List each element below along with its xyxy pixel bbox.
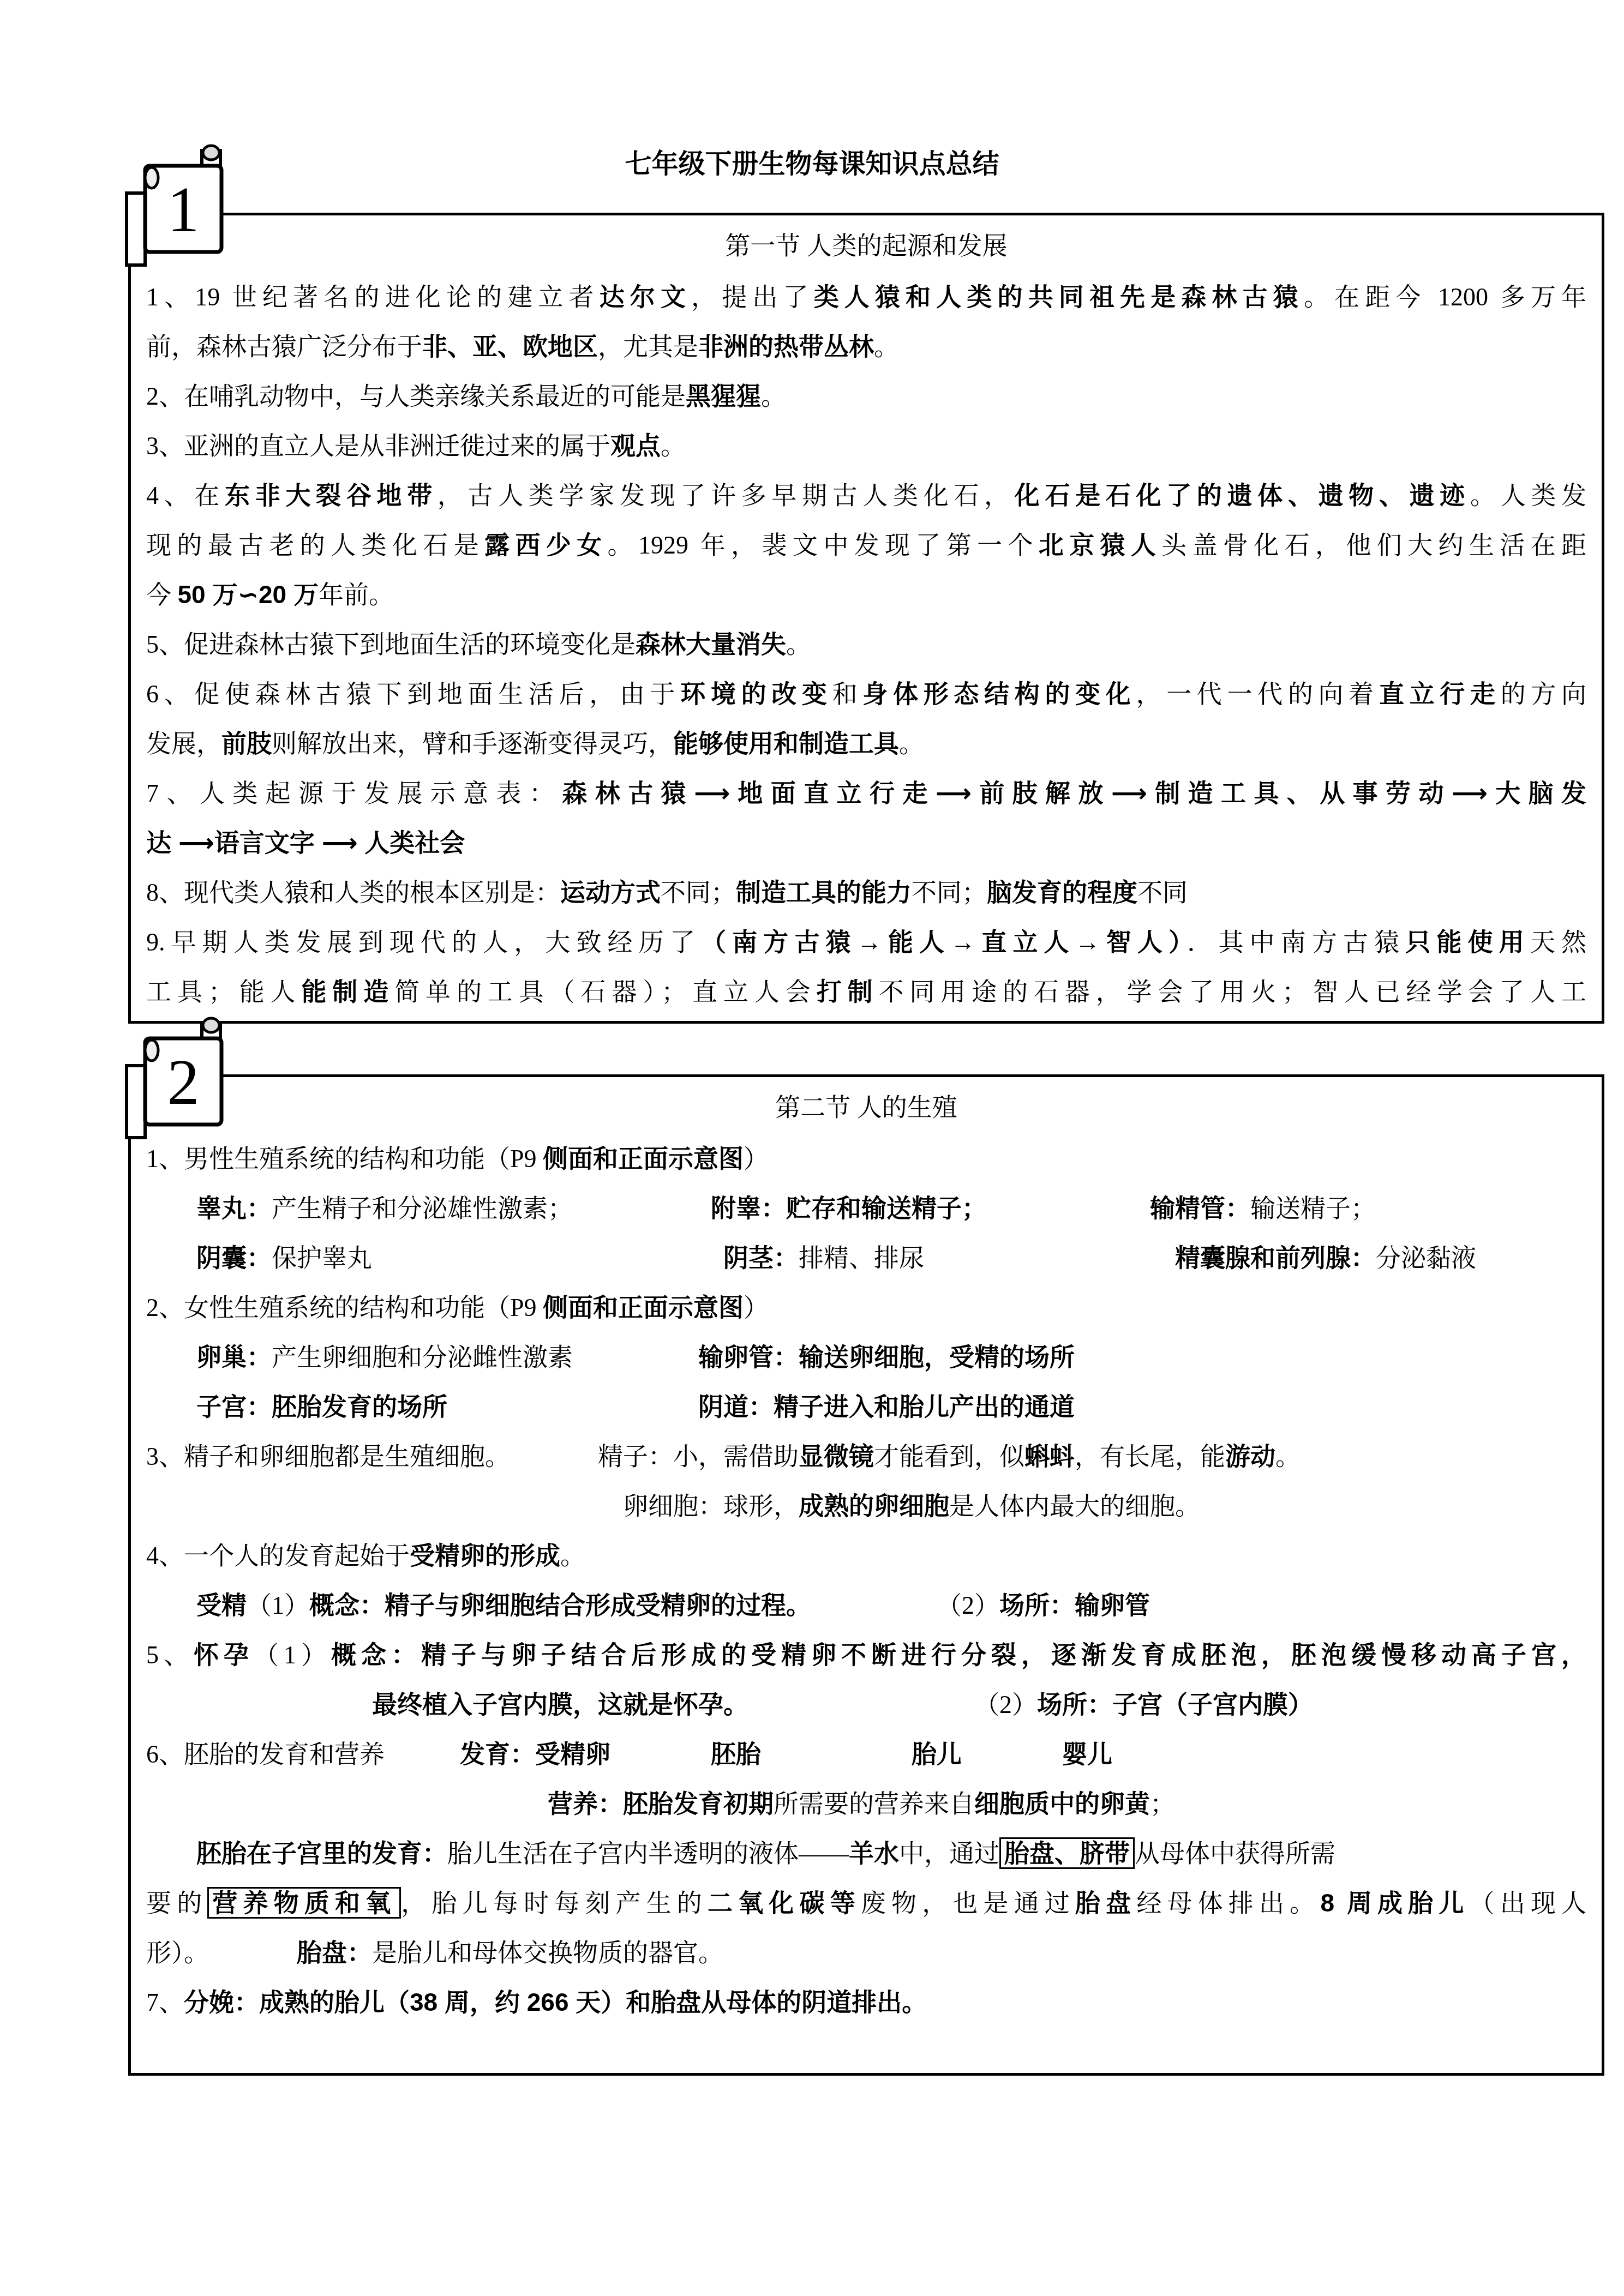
text-run: ，提出了 xyxy=(691,283,814,311)
text-run: 产生精子和分泌雄性激素； xyxy=(272,1194,560,1222)
bold-term: 东非大裂谷地带 xyxy=(225,481,438,509)
section-2-scroll-badge: 2 xyxy=(119,1015,233,1141)
text-run: 经母体排出。 xyxy=(1136,1889,1320,1917)
text-line: 卵细胞：球形，成熟的卵细胞是人体内最大的细胞。 xyxy=(146,1481,1586,1531)
bold-term: ⟶ xyxy=(178,828,214,857)
bold-term: 精子与卵子结合后形成的受精卵不断进行分裂，逐渐发育成胚泡，胚泡缓慢移动高子宫， xyxy=(421,1640,1586,1669)
section-2-box: 第二节 人的生殖 1、男性生殖系统的结构和功能（P9 侧面和正面示意图） 睾丸：… xyxy=(128,1074,1604,2076)
bold-term: 50 万∽20 万 xyxy=(178,580,319,609)
bold-term: 输精管： xyxy=(1150,1194,1250,1222)
text-run: 卵细胞： xyxy=(623,1492,723,1520)
text-run xyxy=(498,1442,598,1470)
bold-term: 露西少女 xyxy=(484,531,607,559)
bold-term: 森林古猿 xyxy=(562,779,694,807)
text-line: 今 50 万∽20 万年前。 xyxy=(146,570,1586,620)
text-run: 8、现代类人猿和人类的根本区别是： xyxy=(146,879,560,906)
bold-term: 附睾： xyxy=(711,1194,786,1222)
text-run: 9.早期人类发展到现代的人，大致经历了 xyxy=(146,928,701,956)
text-line: 要的营养物质和氧，胎儿每时每刻产生的二氧化碳等废物，也是通过胎盘经母体排出。8 … xyxy=(146,1878,1586,1928)
text-run: 形）。 xyxy=(146,1939,196,1967)
text-run: ，一代一代的向着 xyxy=(1136,680,1379,708)
bold-term: 贮存和输送精子； xyxy=(786,1194,974,1222)
bold-term: 概念： xyxy=(309,1591,385,1619)
text-run: 1、男性生殖系统的结构和功能（P9 xyxy=(146,1145,543,1173)
text-run xyxy=(146,1790,548,1818)
bold-term: 发育： xyxy=(460,1740,535,1768)
text-run: 则解放出来，臂和手逐渐变得灵巧， xyxy=(272,730,673,758)
text-line: 工具；能人能制造简单的工具（石器）；直立人会打制不同用途的石器，学会了用火；智人… xyxy=(146,967,1586,1017)
text-line: 8、现代类人猿和人类的根本区别是：运动方式不同；制造工具的能力不同；脑发育的程度… xyxy=(146,868,1586,917)
text-run: 3、精子和卵细胞都是生殖细胞。 xyxy=(146,1442,498,1470)
text-run: 。 xyxy=(874,333,899,360)
text-line: 受精（1）概念：精子与卵细胞结合形成受精卵的过程。 （2）场所：输卵管 xyxy=(146,1580,1586,1630)
bold-term: 制造工具、从事劳动 xyxy=(1147,779,1452,807)
bold-term: 阴囊： xyxy=(196,1243,272,1272)
section-1-scroll-badge: 1 xyxy=(119,143,233,268)
text-run: 输送精子； xyxy=(1250,1194,1376,1222)
text-line: 4、一个人的发育起始于受精卵的形成。 xyxy=(146,1531,1586,1580)
text-run xyxy=(146,1840,196,1867)
bold-term: 成熟的胎儿（38 周，约 266 天）和胎盘从母体的阴道排出。 xyxy=(259,1988,927,2016)
text-run: 。 xyxy=(899,730,924,758)
text-run: 排精、排尿 xyxy=(799,1244,924,1272)
text-line: 达 ⟶语言文字 ⟶ 人类社会 xyxy=(146,818,1586,868)
text-run xyxy=(761,1740,912,1768)
text-run xyxy=(385,1740,460,1768)
text-run: 是胎儿和母体交换物质的器官。 xyxy=(372,1939,723,1967)
bold-term: 卵巢： xyxy=(196,1343,272,1371)
bold-term: 达 xyxy=(146,828,178,857)
bold-term: 二氧化碳等 xyxy=(708,1889,861,1917)
bold-term: 非、亚、欧地区 xyxy=(422,332,598,360)
text-line: 2、女性生殖系统的结构和功能（P9 侧面和正面示意图） xyxy=(146,1283,1586,1332)
text-run xyxy=(974,1194,1150,1222)
bold-term: 8 周成胎儿 xyxy=(1320,1889,1469,1917)
text-run: 分泌黏液 xyxy=(1376,1244,1476,1272)
text-run xyxy=(372,1244,723,1272)
text-line: 2、在哺乳动物中，与人类亲缘关系最近的可能是黑猩猩。 xyxy=(146,371,1586,421)
text-run: 4、在 xyxy=(146,482,225,509)
bold-term: 分娩： xyxy=(184,1988,259,2016)
document-page: { "page": { "title": "七年级下册生物每课知识点总结" },… xyxy=(0,0,1624,2296)
bold-term: 胚胎在子宫里的发育： xyxy=(196,1839,447,1867)
bold-term: 子宫： xyxy=(196,1392,272,1421)
text-run xyxy=(573,1343,698,1371)
bold-term: 胚胎 xyxy=(711,1740,761,1768)
bold-term: 运动方式 xyxy=(560,878,661,906)
bold-term: 精子与卵细胞结合形成受精卵的过程。 xyxy=(385,1591,799,1619)
text-run: 5、促进森林古猿下到地面生活的环境变化是 xyxy=(146,630,636,658)
text-run: 产生卵细胞和分泌雌性激素 xyxy=(272,1343,573,1371)
bold-term: （南方古猿→能人→直立人→智人） xyxy=(701,928,1187,956)
bold-term: 胎盘： xyxy=(297,1938,372,1967)
text-run: 现的最古老的人类化石是 xyxy=(146,531,484,559)
bold-term: 受精卵的形成 xyxy=(410,1541,560,1570)
text-run: 不同； xyxy=(912,879,987,906)
text-line: 前，森林古猿广泛分布于非、亚、欧地区，尤其是非洲的热带丛林。 xyxy=(146,322,1586,371)
text-run: 7、人类起源于发展示意表： xyxy=(146,779,562,807)
bold-term: 环境的改变 xyxy=(680,680,832,708)
text-run xyxy=(146,1244,196,1272)
text-run: 小，需借助 xyxy=(673,1442,799,1470)
bold-term: ⟶ xyxy=(694,779,730,807)
text-run: 不同； xyxy=(661,879,736,906)
text-run xyxy=(924,1244,1175,1272)
bold-term: 营养： xyxy=(548,1789,623,1818)
text-run: 工具；能人 xyxy=(146,978,301,1006)
bold-term: 语言文字 xyxy=(214,828,322,857)
text-run xyxy=(146,1393,196,1421)
bold-term: 类人猿和人类的共同祖先是森林古猿 xyxy=(814,283,1304,311)
text-line: 卵巢：产生卵细胞和分泌雌性激素 输卵管：输送卵细胞，受精的场所 xyxy=(146,1332,1586,1382)
page-title: 七年级下册生物每课知识点总结 xyxy=(0,143,1624,181)
text-run: ，古人类学家发现了许多早期古人类化石， xyxy=(438,482,1015,509)
text-run: ，有长尾，能 xyxy=(1075,1442,1225,1470)
bold-term: 黑猩猩 xyxy=(686,382,761,410)
bold-term: 非洲的热带丛林 xyxy=(698,332,874,360)
text-run: 前，森林古猿广泛分布于 xyxy=(146,333,422,360)
text-run: 的方向 xyxy=(1501,680,1586,708)
text-run xyxy=(962,1740,1062,1768)
text-run: ，尤其是 xyxy=(598,333,698,360)
text-line: 睾丸：产生精子和分泌雄性激素； 附睾：贮存和输送精子； 输精管：输送精子； xyxy=(146,1183,1586,1233)
text-run: 6、促使森林古猿下到地面生活后，由于 xyxy=(146,680,680,708)
text-run: 7、 xyxy=(146,1988,184,2016)
text-run: 精子： xyxy=(598,1442,673,1470)
text-run: 才能看到，似 xyxy=(874,1442,1024,1470)
bold-term: 身体形态结构的变化 xyxy=(862,680,1136,708)
text-run: 3、亚洲的直立人是从非洲迁徙过来的属于 xyxy=(146,432,610,460)
bold-term: 胚胎发育初期 xyxy=(623,1789,774,1818)
text-line: 7、分娩：成熟的胎儿（38 周，约 266 天）和胎盘从母体的阴道排出。 xyxy=(146,1978,1586,2027)
text-run: 废物，也是通过 xyxy=(861,1889,1075,1917)
bold-term: 细胞质中的卵黄 xyxy=(974,1789,1150,1818)
boxed-term: 胎盘、脐带 xyxy=(999,1837,1135,1869)
text-line: 9.早期人类发展到现代的人，大致经历了（南方古猿→能人→直立人→智人）．其中南方… xyxy=(146,917,1586,967)
text-run: 。人类发 xyxy=(1470,482,1586,509)
text-run: ； xyxy=(1150,1790,1175,1818)
text-run: ） xyxy=(744,1294,769,1321)
bold-term: 精子进入和胎儿产出的通道 xyxy=(774,1392,1075,1421)
text-run: 1、19 世纪著名的进化论的建立者 xyxy=(146,283,600,311)
text-line: 1、男性生殖系统的结构和功能（P9 侧面和正面示意图） xyxy=(146,1134,1586,1183)
text-line: 最终植入子宫内膜，这就是怀孕。 （2）场所：子宫（子宫内膜） xyxy=(146,1680,1586,1729)
text-run: 天然 xyxy=(1530,928,1586,956)
section-1-heading: 第一节 人类的起源和发展 xyxy=(146,220,1586,272)
bold-term: 羊水 xyxy=(849,1839,899,1867)
bold-term: 侧面和正面示意图 xyxy=(543,1293,744,1321)
text-run: 2、女性生殖系统的结构和功能（P9 xyxy=(146,1294,543,1321)
bold-term: 脑发育的程度 xyxy=(987,878,1137,906)
text-run xyxy=(146,1691,372,1718)
text-run xyxy=(196,1939,297,1967)
bold-term: 森林大量消失 xyxy=(636,630,786,658)
text-run xyxy=(146,1492,623,1520)
bold-term: 受精卵 xyxy=(535,1740,610,1768)
bold-term: 精囊腺和前列腺： xyxy=(1175,1243,1376,1272)
text-run: 保护睾丸 xyxy=(272,1244,372,1272)
bold-term: 成熟的卵细胞 xyxy=(799,1492,949,1520)
bold-term: 怀孕 xyxy=(194,1640,254,1669)
bold-term: 打制 xyxy=(817,977,879,1006)
bold-term: 输送卵细胞，受精的场所 xyxy=(799,1343,1075,1371)
text-run: 2、在哺乳动物中，与人类亲缘关系最近的可能是 xyxy=(146,382,686,410)
text-run: 胎儿生活在子宫内半透明的液体—— xyxy=(447,1840,849,1867)
bold-term: 最终植入子宫内膜，这就是怀孕。 xyxy=(372,1690,736,1718)
text-line: 胚胎在子宫里的发育：胎儿生活在子宫内半透明的液体——羊水中，通过胎盘、脐带从母体… xyxy=(146,1829,1586,1878)
text-run: 头盖骨化石，他们大约生活在距 xyxy=(1161,531,1586,559)
bold-term: 游动 xyxy=(1225,1442,1275,1470)
bold-term: 侧面和正面示意图 xyxy=(543,1144,744,1173)
bold-term: 地面直立行走 xyxy=(730,779,936,807)
text-run xyxy=(736,1691,987,1718)
bold-term: 场所： xyxy=(1037,1690,1112,1718)
text-line: 3、亚洲的直立人是从非洲迁徙过来的属于观点。 xyxy=(146,421,1586,471)
text-run: 今 xyxy=(146,581,178,609)
bold-term: 场所： xyxy=(999,1591,1075,1619)
boxed-term: 营养物质和氧 xyxy=(207,1887,401,1919)
text-run: 是人体内最大的细胞。 xyxy=(949,1492,1200,1520)
text-line: 子宫：胚胎发育的场所 阴道：精子进入和胎儿产出的通道 xyxy=(146,1382,1586,1432)
bold-term: 观点 xyxy=(610,431,661,460)
text-line: 7、人类起源于发展示意表：森林古猿⟶地面直立行走⟶前肢解放⟶制造工具、从事劳动⟶… xyxy=(146,768,1586,818)
text-run: 。 xyxy=(1275,1442,1301,1470)
text-run xyxy=(146,1194,196,1222)
text-run: 。 xyxy=(761,382,786,410)
text-run: 中，通过 xyxy=(899,1840,999,1867)
bold-term: 受精 xyxy=(196,1591,247,1619)
text-run: 要的 xyxy=(146,1889,207,1917)
text-run: 所需要的营养来自 xyxy=(774,1790,974,1818)
bold-term: 阴茎： xyxy=(723,1243,799,1272)
bold-term: 子宫（子宫内膜） xyxy=(1112,1690,1313,1718)
section-number: 1 xyxy=(145,169,221,251)
text-line: 3、精子和卵细胞都是生殖细胞。 精子：小，需借助显微镜才能看到，似蝌蚪，有长尾，… xyxy=(146,1432,1586,1481)
text-line: 4、在东非大裂谷地带，古人类学家发现了许多早期古人类化石，化石是石化了的遗体、遗… xyxy=(146,471,1586,520)
text-run: 球形， xyxy=(723,1492,799,1520)
bold-term: 阴道： xyxy=(698,1392,774,1421)
bold-term: 达尔文 xyxy=(600,283,691,311)
text-run: ．其中南方古猿 xyxy=(1187,928,1405,956)
text-run xyxy=(146,1591,196,1619)
text-line: 5、促进森林古猿下到地面生活的环境变化是森林大量消失。 xyxy=(146,620,1586,669)
text-run xyxy=(610,1740,711,1768)
bold-term: ⟶ xyxy=(322,828,365,857)
text-line: 阴囊：保护睾丸 阴茎：排精、排尿 精囊腺和前列腺：分泌黏液 xyxy=(146,1233,1586,1283)
bold-term: 能够使用和制造工具 xyxy=(673,729,899,758)
section-2-heading: 第二节 人的生殖 xyxy=(146,1081,1586,1134)
bold-term: 胎盘 xyxy=(1075,1889,1136,1917)
text-run: 和 xyxy=(832,680,863,708)
text-line: 形）。 胎盘：是胎儿和母体交换物质的器官。 xyxy=(146,1928,1586,1978)
text-run: 。 xyxy=(786,630,811,658)
text-run xyxy=(799,1591,949,1619)
text-line: 现的最古老的人类化石是露西少女。1929 年，裴文中发现了第一个北京猿人头盖骨化… xyxy=(146,520,1586,570)
bold-term: 大脑发 xyxy=(1488,779,1586,807)
text-run: （2） xyxy=(987,1691,1037,1718)
bold-term: 输卵管 xyxy=(1075,1591,1150,1619)
bold-term: 北京猿人 xyxy=(1039,531,1161,559)
bold-term: 胎儿 xyxy=(912,1740,962,1768)
text-run xyxy=(560,1194,711,1222)
text-run: ，胎儿每时每刻产生的 xyxy=(401,1889,708,1917)
bold-term: 显微镜 xyxy=(799,1442,874,1470)
text-run: 4、一个人的发育起始于 xyxy=(146,1542,410,1570)
bold-term: 婴儿 xyxy=(1062,1740,1112,1768)
text-run: 。1929 年，裴文中发现了第一个 xyxy=(608,531,1039,559)
text-line: 1、19 世纪著名的进化论的建立者达尔文，提出了类人猿和人类的共同祖先是森林古猿… xyxy=(146,272,1586,322)
bold-term: 前肢 xyxy=(221,729,272,758)
text-run: 不同用途的石器，学会了用火；智人已经学会了人工 xyxy=(878,978,1586,1006)
text-run: 6、胚胎的发育和营养 xyxy=(146,1740,385,1768)
text-run: 。 xyxy=(560,1542,585,1570)
bold-term: 胚胎发育的场所 xyxy=(272,1392,447,1421)
bold-term: 概念： xyxy=(331,1640,421,1669)
text-run: 年前。 xyxy=(319,581,394,609)
text-run: 发展， xyxy=(146,730,221,758)
text-run: （出现人 xyxy=(1470,1889,1586,1917)
text-run: 简单的工具（石器）；直立人会 xyxy=(394,978,816,1006)
bold-term: 睾丸： xyxy=(196,1194,272,1222)
text-run xyxy=(146,1343,196,1371)
text-run: （1） xyxy=(254,1641,331,1669)
bold-term: 只能使用 xyxy=(1405,928,1530,956)
bold-term: 蝌蚪 xyxy=(1024,1442,1075,1470)
section-number: 2 xyxy=(145,1042,221,1123)
text-run: 。在距今 1200 多万年 xyxy=(1304,283,1586,311)
bold-term: 前肢解放 xyxy=(972,779,1111,807)
bold-term: 制造工具的能力 xyxy=(736,878,912,906)
text-run xyxy=(447,1393,698,1421)
bold-term: ⟶ xyxy=(936,779,972,807)
text-run: 5、 xyxy=(146,1641,194,1669)
text-line: 5、怀孕（1）概念：精子与卵子结合后形成的受精卵不断进行分裂，逐渐发育成胚泡，胚… xyxy=(146,1630,1586,1680)
bold-term: 直立行走 xyxy=(1379,680,1501,708)
text-run: ） xyxy=(744,1145,769,1173)
text-line: 发展，前肢则解放出来，臂和手逐渐变得灵巧，能够使用和制造工具。 xyxy=(146,719,1586,768)
text-run: （2） xyxy=(949,1591,999,1619)
bold-term: 输卵管： xyxy=(698,1343,799,1371)
text-run: 。 xyxy=(661,432,686,460)
bold-term: 化石是石化了的遗体、遗物、遗迹 xyxy=(1015,481,1470,509)
section-1-box: 第一节 人类的起源和发展 1、19 世纪著名的进化论的建立者达尔文，提出了类人猿… xyxy=(128,213,1604,1024)
text-line: 6、胚胎的发育和营养 发育：受精卵 胚胎 胎儿 婴儿 xyxy=(146,1729,1586,1779)
text-line: 6、促使森林古猿下到地面生活后，由于环境的改变和身体形态结构的变化，一代一代的向… xyxy=(146,669,1586,719)
bold-term: ⟶ xyxy=(1111,779,1147,807)
bold-term: ⟶ xyxy=(1452,779,1488,807)
bold-term: 人类社会 xyxy=(364,828,465,857)
text-line: 营养：胚胎发育初期所需要的营养来自细胞质中的卵黄； xyxy=(146,1779,1586,1829)
text-run: 从母体中获得所需 xyxy=(1135,1840,1335,1867)
bold-term: 能制造 xyxy=(301,977,394,1006)
text-run: （1） xyxy=(247,1591,309,1619)
text-run: 不同 xyxy=(1137,879,1188,906)
